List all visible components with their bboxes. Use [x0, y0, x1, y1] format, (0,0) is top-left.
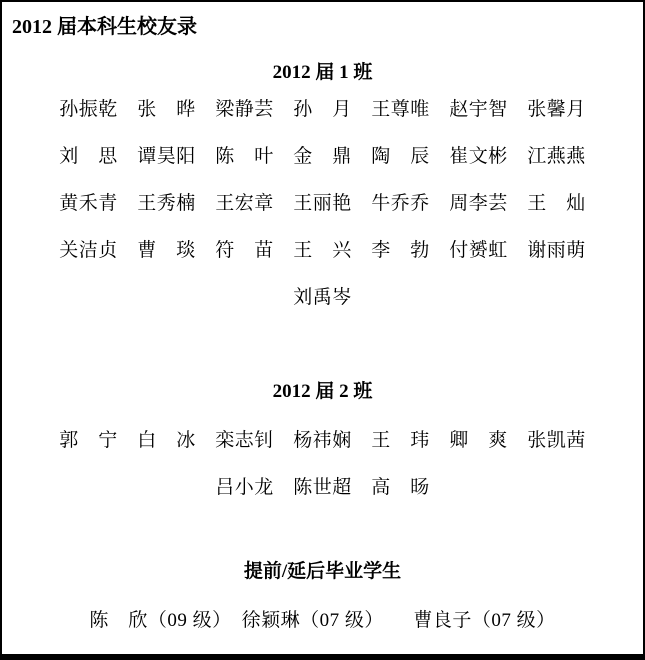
name-row: 吕小龙 陈世超 高 旸	[2, 464, 643, 511]
section-heading-class-2: 2012 届 2 班	[2, 379, 643, 405]
document-title: 2012 届本科生校友录	[12, 14, 643, 40]
name-rows-class-2: 郭 宁 白 冰 栾志钊 杨祎娴 王 玮 卿 爽 张凯茜 吕小龙 陈世超 高 旸	[2, 417, 643, 511]
name-row: 刘禹岑	[2, 274, 643, 321]
name-rows-class-1: 孙振乾 张 晔 梁静芸 孙 月 王尊唯 赵宇智 张馨月 刘 思 谭昊阳 陈 叶 …	[2, 86, 643, 321]
section-early-delayed-graduates: 提前/延后毕业学生 陈 欣（09 级） 徐颖琳（07 级） 曹良子（07 级）	[2, 559, 643, 644]
name-row: 刘 思 谭昊阳 陈 叶 金 鼎 陶 辰 崔文彬 江燕燕	[2, 133, 643, 180]
name-row: 孙振乾 张 晔 梁静芸 孙 月 王尊唯 赵宇智 张馨月	[2, 86, 643, 133]
name-row: 关洁贞 曹 琰 符 苗 王 兴 李 勃 付赟虹 谢雨萌	[2, 227, 643, 274]
section-heading-early-delayed: 提前/延后毕业学生	[2, 559, 643, 585]
document-page: 2012 届本科生校友录 2012 届 1 班 孙振乾 张 晔 梁静芸 孙 月 …	[0, 0, 645, 660]
name-rows-early-delayed: 陈 欣（09 级） 徐颖琳（07 级） 曹良子（07 级）	[2, 597, 643, 644]
name-row: 黄禾青 王秀楠 王宏章 王丽艳 牛乔乔 周李芸 王 灿	[2, 180, 643, 227]
name-row: 陈 欣（09 级） 徐颖琳（07 级） 曹良子（07 级）	[2, 597, 643, 644]
section-class-2: 2012 届 2 班 郭 宁 白 冰 栾志钊 杨祎娴 王 玮 卿 爽 张凯茜 吕…	[2, 379, 643, 511]
section-class-1: 2012 届 1 班 孙振乾 张 晔 梁静芸 孙 月 王尊唯 赵宇智 张馨月 刘…	[2, 60, 643, 321]
name-row: 郭 宁 白 冰 栾志钊 杨祎娴 王 玮 卿 爽 张凯茜	[2, 417, 643, 464]
section-heading-class-1: 2012 届 1 班	[2, 60, 643, 86]
